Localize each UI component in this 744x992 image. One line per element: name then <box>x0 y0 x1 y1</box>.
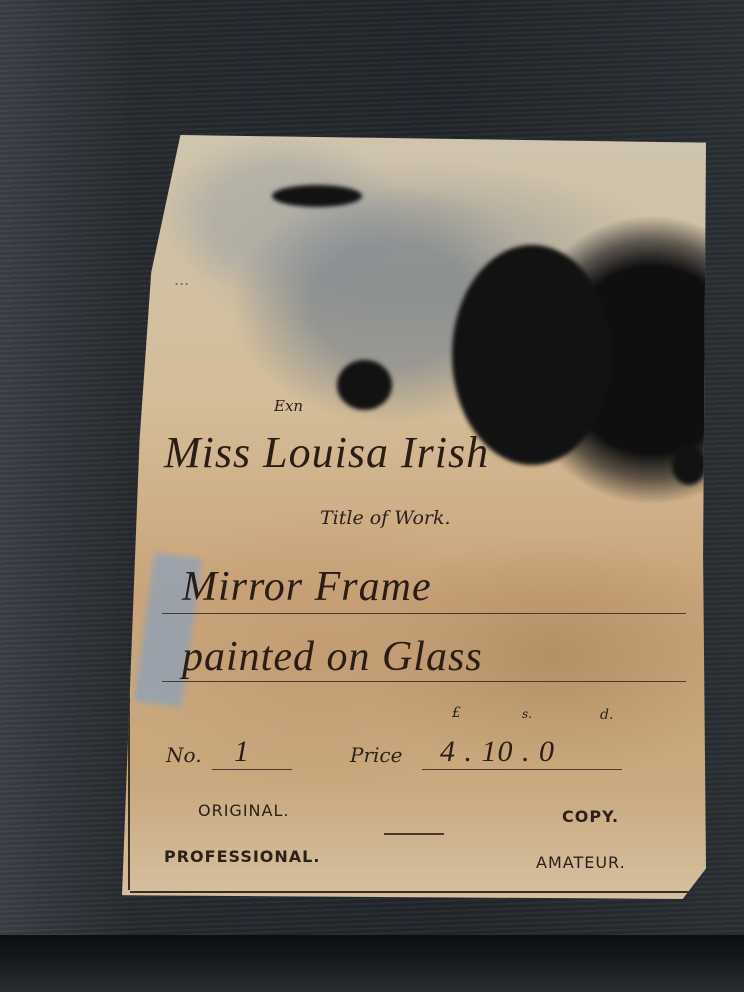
price-label: Price <box>350 743 402 767</box>
number-value: 1 <box>234 735 250 769</box>
exhibitor-label: Exn <box>274 397 303 415</box>
category-divider <box>384 833 444 835</box>
title-rule-2 <box>162 681 686 682</box>
currency-shillings: s. <box>522 707 532 721</box>
header-fragment: ... <box>174 270 189 289</box>
label-border-bottom <box>130 891 694 893</box>
price-rule <box>422 769 622 770</box>
category-professional: PROFESSIONAL. <box>164 847 320 866</box>
title-caption: Title of Work. <box>320 507 451 529</box>
exhibition-label: ... Exn Miss Louisa Irish Title of Work.… <box>122 135 706 899</box>
ink-stain-edge <box>672 445 706 485</box>
ink-stain-top <box>272 185 362 207</box>
ink-stain-small <box>337 360 392 410</box>
title-line-2: painted on Glass <box>182 633 483 681</box>
currency-pence: d. <box>600 707 613 723</box>
number-rule <box>212 769 292 770</box>
board-ledge <box>0 935 744 992</box>
category-copy: COPY. <box>562 807 619 826</box>
exhibitor-name: Miss Louisa Irish <box>164 427 489 478</box>
title-rule-1 <box>162 613 686 614</box>
category-amateur: AMATEUR. <box>536 853 626 872</box>
category-original: ORIGINAL. <box>198 801 289 820</box>
number-label: No. <box>166 743 202 767</box>
currency-pounds: £ <box>452 705 461 721</box>
price-value: 4 . 10 . 0 <box>440 735 555 769</box>
title-line-1: Mirror Frame <box>182 563 432 611</box>
